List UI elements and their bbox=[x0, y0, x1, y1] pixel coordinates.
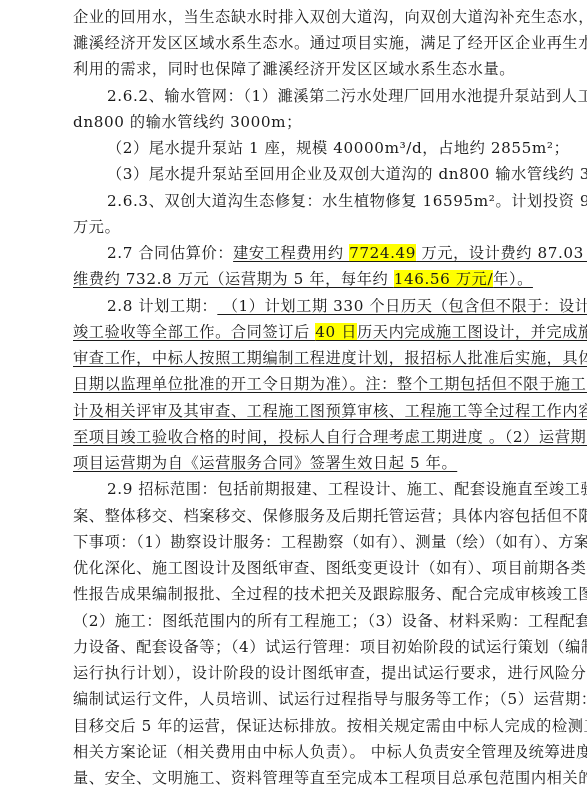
underlined-text: （1）计划工期 330 个日历天（包含但不限于：设计、施工、 bbox=[217, 297, 587, 315]
text-run: 濉溪经济开发区区域水系生态水。通过项目实施，满足了经开区企业再生水循环 bbox=[73, 34, 587, 52]
document-line: 案、整体移交、档案移交、保修服务及后期托管运营；具体内容包括但不限于以 bbox=[73, 505, 543, 527]
document-line: 日期以监理单位批准的开工令日期为准）。注：整个工期包括但不限于施工图设 bbox=[73, 373, 543, 395]
text-run: 目移交后 5 年的运营，保证达标排放。按相关规定需由中标人完成的检测工作及 bbox=[73, 717, 587, 735]
text-run: 运行执行计划），设计阶段的设计图纸审查，提出试运行要求，进行风险分析， bbox=[73, 664, 587, 682]
underlined-text: 年）。 bbox=[493, 270, 533, 288]
text-run: dn800 的输水管线约 3000m； bbox=[73, 113, 302, 131]
document-line: 运行执行计划），设计阶段的设计图纸审查，提出试运行要求，进行风险分析， bbox=[73, 662, 543, 684]
text-run: （3）尾水提升泵站至回用企业及双创大道沟的 dn800 输水管线约 3400m。 bbox=[107, 165, 587, 183]
underlined-text: 审查工作，中标人按照工期编制工程进度计划，报招标人批准后实施，具体开工 bbox=[73, 349, 587, 367]
highlighted-text: 146.56 万元/ bbox=[394, 270, 493, 288]
text-run: （2）施工：图纸范围内的所有工程施工；（3）设备、材料采购：工程配套的动 bbox=[73, 612, 587, 630]
text-run: 案、整体移交、档案移交、保修服务及后期托管运营；具体内容包括但不限于以 bbox=[73, 507, 587, 525]
document-line: 计及相关评审及其审查、工程施工图预算审核、工程施工等全过程工作内容，直 bbox=[73, 400, 543, 422]
text-run: 2.8 计划工期： bbox=[107, 297, 217, 315]
highlighted-text: 40 日 bbox=[315, 323, 357, 341]
document-line: 量、安全、文明施工、资料管理等直至完成本工程项目总承包范围内相关的竣工 bbox=[73, 767, 543, 789]
document-line: 性报告成果编制报批、全过程的技术把关及跟踪服务、配合完成审核竣工图等； bbox=[73, 583, 543, 605]
document-line: 2.7 合同估算价：建安工程费用约 7724.49 万元，设计费约 87.03 … bbox=[107, 242, 543, 264]
document-page: 企业的回用水，当生态缺水时排入双创大道沟，向双创大道沟补充生态水，保障濉溪经济开… bbox=[0, 0, 587, 789]
text-run: 2.7 合同估算价： bbox=[107, 244, 233, 262]
text-run: 万元。 bbox=[73, 218, 120, 236]
underlined-text: 至项目竣工验收合格的时间，投标人自行合理考虑工期进度 。（2）运营期：本 bbox=[73, 428, 587, 446]
document-line: 2.6.3、双创大道沟生态修复：水生植物修复 16595m²。计划投资 9241… bbox=[107, 190, 543, 212]
document-line: 编制试运行文件，人员培训、试运行过程指导与服务等工作；（5）运营期：项 bbox=[73, 688, 543, 710]
text-run: 下事项：（1）勘察设计服务：工程勘察（如有）、测量（绘）（如有）、方案 bbox=[73, 533, 587, 551]
document-line: 万元。 bbox=[73, 216, 543, 238]
text-run: 量、安全、文明施工、资料管理等直至完成本工程项目总承包范围内相关的竣工 bbox=[73, 769, 587, 787]
document-line: 力设备、配套设备等；（4）试运行管理：项目初始阶段的试运行策划（编制试 bbox=[73, 636, 543, 658]
document-line: dn800 的输水管线约 3000m； bbox=[73, 111, 543, 133]
text-run: 利用的需求，同时也保障了濉溪经济开发区区域水系生态水量。 bbox=[73, 60, 515, 78]
document-line: 相关方案论证（相关费用由中标人负责）。 中标人负责安全管理及统筹进度、质 bbox=[73, 741, 543, 763]
document-line: （2）施工：图纸范围内的所有工程施工；（3）设备、材料采购：工程配套的动 bbox=[73, 610, 543, 632]
text-run: 力设备、配套设备等；（4）试运行管理：项目初始阶段的试运行策划（编制试 bbox=[73, 638, 587, 656]
text-run: 2.6.2、输水管网：（1）濉溪第二污水处理厂回用水池提升泵站到人工湿地 bbox=[107, 87, 587, 105]
text-run: 编制试运行文件，人员培训、试运行过程指导与服务等工作；（5）运营期：项 bbox=[73, 690, 587, 708]
underlined-text: 竣工验收等全部工作。合同签订后 bbox=[73, 323, 315, 341]
underlined-text: 计及相关评审及其审查、工程施工图预算审核、工程施工等全过程工作内容，直 bbox=[73, 402, 587, 420]
document-line: 2.9 招标范围：包括前期报建、工程设计、施工、配套设施直至竣工验收备 bbox=[107, 478, 543, 500]
document-line: 审查工作，中标人按照工期编制工程进度计划，报招标人批准后实施，具体开工 bbox=[73, 347, 543, 369]
underlined-text: 建安工程费用约 bbox=[233, 244, 349, 262]
underlined-text: 万元，设计费约 87.03 万元，运 bbox=[416, 244, 587, 262]
document-line: 下事项：（1）勘察设计服务：工程勘察（如有）、测量（绘）（如有）、方案 bbox=[73, 531, 543, 553]
text-run: 企业的回用水，当生态缺水时排入双创大道沟，向双创大道沟补充生态水，保障 bbox=[73, 8, 587, 26]
underlined-text: 日期以监理单位批准的开工令日期为准）。注：整个工期包括但不限于施工图设 bbox=[73, 375, 587, 393]
document-line: （2）尾水提升泵站 1 座，规模 40000m³/d，占地约 2855m²； bbox=[107, 137, 543, 159]
text-run: （2）尾水提升泵站 1 座，规模 40000m³/d，占地约 2855m²； bbox=[107, 139, 569, 157]
underlined-text: 维费约 732.8 万元（运营期为 5 年，每年约 bbox=[73, 270, 394, 288]
document-line: （3）尾水提升泵站至回用企业及双创大道沟的 dn800 输水管线约 3400m。 bbox=[107, 163, 543, 185]
document-line: 项目运营期为自《运营服务合同》签署生效日起 5 年。 bbox=[73, 452, 543, 474]
text-run: 性报告成果编制报批、全过程的技术把关及跟踪服务、配合完成审核竣工图等； bbox=[73, 585, 587, 603]
document-line: 至项目竣工验收合格的时间，投标人自行合理考虑工期进度 。（2）运营期：本 bbox=[73, 426, 543, 448]
document-line: 濉溪经济开发区区域水系生态水。通过项目实施，满足了经开区企业再生水循环 bbox=[73, 32, 543, 54]
document-line: 2.8 计划工期： （1）计划工期 330 个日历天（包含但不限于：设计、施工、 bbox=[107, 295, 543, 317]
underlined-text: 历天内完成施工图设计，并完成施工图 bbox=[357, 323, 587, 341]
document-line: 优化深化、施工图设计及图纸审查、图纸变更设计（如有）、项目前期各类支撑 bbox=[73, 557, 543, 579]
document-line: 企业的回用水，当生态缺水时排入双创大道沟，向双创大道沟补充生态水，保障 bbox=[73, 6, 543, 28]
document-line: 维费约 732.8 万元（运营期为 5 年，每年约 146.56 万元/年）。 bbox=[73, 268, 543, 290]
underlined-text: 项目运营期为自《运营服务合同》签署生效日起 5 年。 bbox=[73, 454, 457, 472]
document-line: 利用的需求，同时也保障了濉溪经济开发区区域水系生态水量。 bbox=[73, 58, 543, 80]
text-run: 优化深化、施工图设计及图纸审查、图纸变更设计（如有）、项目前期各类支撑 bbox=[73, 559, 587, 577]
document-line: 目移交后 5 年的运营，保证达标排放。按相关规定需由中标人完成的检测工作及 bbox=[73, 715, 543, 737]
document-line: 2.6.2、输水管网：（1）濉溪第二污水处理厂回用水池提升泵站到人工湿地 bbox=[107, 85, 543, 107]
text-run: 2.9 招标范围：包括前期报建、工程设计、施工、配套设施直至竣工验收备 bbox=[107, 480, 587, 498]
text-run: 相关方案论证（相关费用由中标人负责）。 中标人负责安全管理及统筹进度、质 bbox=[73, 743, 587, 761]
document-line: 竣工验收等全部工作。合同签订后 40 日历天内完成施工图设计，并完成施工图 bbox=[73, 321, 543, 343]
text-run: 2.6.3、双创大道沟生态修复：水生植物修复 16595m²。计划投资 9241… bbox=[107, 192, 587, 210]
highlighted-text: 7724.49 bbox=[349, 244, 416, 262]
